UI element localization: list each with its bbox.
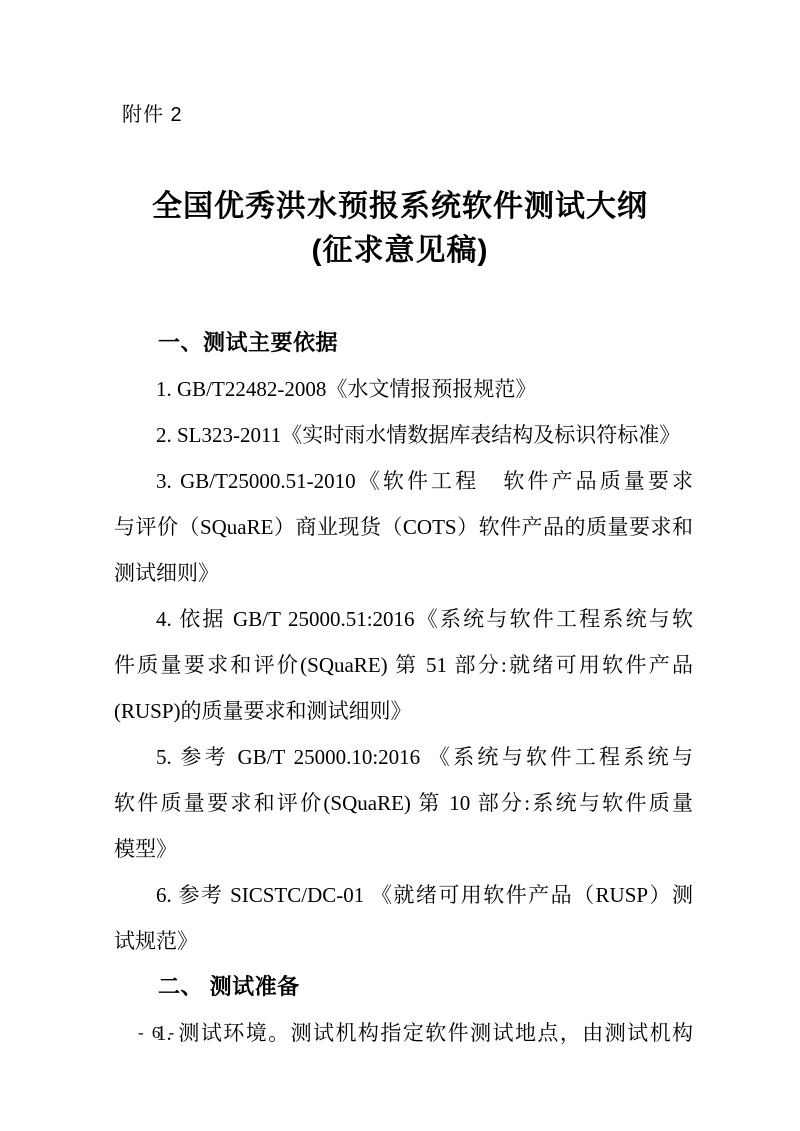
body-line: 软件质量要求和评价(SQuaRE) 第 10 部分:系统与软件质量 (114, 780, 693, 826)
body-line: 模型》 (114, 826, 693, 872)
body-line: 件质量要求和评价(SQuaRE) 第 51 部分:就绪可用软件产品 (114, 642, 693, 688)
document-subtitle: (征求意见稿) (0, 229, 800, 273)
document-body: 一、测试主要依据 1. GB/T22482-2008《水文情报预报规范》 2. … (114, 320, 693, 1056)
section-heading-2: 二、 测试准备 (114, 964, 693, 1010)
body-line: 6. 参考 SICSTC/DC-01 《就绪可用软件产品（RUSP）测 (114, 872, 693, 918)
document-title-block: 全国优秀洪水预报系统软件测试大纲 (征求意见稿) (0, 185, 800, 273)
body-line: 与评价（SQuaRE）商业现货（COTS）软件产品的质量要求和 (114, 504, 693, 550)
body-line: 1. GB/T22482-2008《水文情报预报规范》 (114, 366, 693, 412)
body-line: 2. SL323-2011《实时雨水情数据库表结构及标识符标准》 (114, 412, 693, 458)
section-heading-1: 一、测试主要依据 (114, 320, 693, 366)
body-line: 3. GB/T25000.51-2010《软件工程 软件产品质量要求 (114, 458, 693, 504)
body-line: 1. 测试环境。测试机构指定软件测试地点，由测试机构 (114, 1010, 693, 1056)
body-line: 试规范》 (114, 918, 693, 964)
document-title: 全国优秀洪水预报系统软件测试大纲 (0, 185, 800, 229)
body-line: 测试细则》 (114, 550, 693, 596)
body-line: (RUSP)的质量要求和测试细则》 (114, 688, 693, 734)
body-line: 4. 依据 GB/T 25000.51:2016《系统与软件工程系统与软 (114, 596, 693, 642)
document-page: 附件 2 全国优秀洪水预报系统软件测试大纲 (征求意见稿) 一、测试主要依据 1… (0, 0, 800, 1131)
attachment-label: 附件 2 (122, 0, 800, 128)
page-number: - 6 - (138, 1023, 176, 1043)
body-line: 5. 参考 GB/T 25000.10:2016 《系统与软件工程系统与 (114, 734, 693, 780)
